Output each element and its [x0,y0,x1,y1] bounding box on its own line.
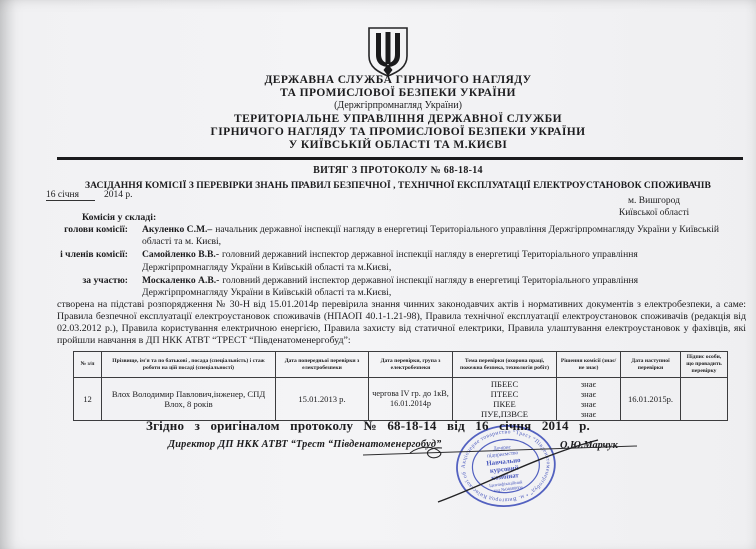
cell-name: Влох Володимир Павлович,інженер, СПД Вло… [102,378,276,421]
topic-line: ПБЕЕС [455,379,554,389]
decision-line: знає [559,379,618,389]
col-header-name: Прізвище, ім'я та по батькові , посада (… [102,352,276,378]
org-name-line2: ТА ПРОМИСЛОВОЇ БЕЗПЕКИ УКРАЇНИ [40,87,756,99]
member-name: Самойленко В.В.- [142,249,219,260]
col-header-signature: Підпис особи, що провадить перевірку [681,352,728,378]
place-region: Київської області [604,208,704,220]
header-divider [57,157,743,160]
commission-member-participant: за участю: Москаленко А.В.-головний держ… [57,275,719,299]
director-signature [340,425,660,515]
territorial-office-line1: ТЕРИТОРІАЛЬНЕ УПРАВЛІННЯ ДЕРЖАВНОЇ СЛУЖБ… [40,113,756,125]
topic-line: ПТЕЕС [455,389,554,399]
member-text: Самойленко В.В.-головний державний інспе… [142,249,719,273]
cell-topics: ПБЕЕС ПТЕЕС ПКЕЕ ПУЕ,ПЗВСЕ [453,378,557,421]
date-year: 2014 р. [104,190,133,200]
commission-intro: Комісія у складі: [82,212,156,223]
cell-decisions: знає знає знає знає [557,378,621,421]
member-role: за участю: [57,275,128,299]
col-header-topic: Тема перевірки (охорона праці, пожежна б… [453,352,557,378]
commission-list: голови комісії: Акуленко С.М.–начальник … [57,224,719,300]
member-text: Москаленко А.В.-головний державний інспе… [142,275,719,299]
col-header-num: № з/п [74,352,102,378]
body-paragraph: створена на підставі розпорядження № 30-… [57,299,746,347]
ukraine-trident-icon [366,26,410,78]
commission-member-chair: голови комісії: Акуленко С.М.–начальник … [57,224,719,248]
territorial-office-line3: У КИЇВСЬКІЙ ОБЛАСТІ ТА М.КИЄВІ [40,139,756,151]
commission-member-inspector: і членів комісії: Самойленко В.В.-головн… [57,249,719,273]
member-text: Акуленко С.М.–начальник державної інспек… [142,224,719,248]
col-header-previous-check: Дата попередньої перевірки з електробезп… [276,352,369,378]
protocol-date: 16 січня2014 р. [46,190,132,201]
topic-line: ПКЕЕ [455,399,554,409]
cell-next-check: 16.01.2015р. [621,378,681,421]
cell-num: 12 [74,378,102,421]
territorial-office-line2: ГІРНИЧОГО НАГЛЯДУ ТА ПРОМИСЛОВОЇ БЕЗПЕКИ… [40,126,756,138]
org-name-line1: ДЕРЖАВНА СЛУЖБА ГІРНИЧОГО НАГЛЯДУ [40,74,756,86]
col-header-decision: Рішення комісії (знає/ не знає) [557,352,621,378]
col-header-check-group: Дата перевірки, група з електробезпеки [369,352,453,378]
table-header-row: № з/п Прізвище, ім'я та по батькові , по… [74,352,728,378]
cell-check-group: чергова IV гр. до 1кВ, 16.01.2014р [369,378,453,421]
member-role: і членів комісії: [57,249,128,273]
decision-line: знає [559,399,618,409]
protocol-title: ВИТЯГ З ПРОТОКОЛУ № 68-18-14 [40,165,756,176]
scanned-protocol-document: ДЕРЖАВНА СЛУЖБА ГІРНИЧОГО НАГЛЯДУ ТА ПРО… [0,0,756,549]
member-name: Акуленко С.М.– [142,224,212,235]
col-header-next-check: Дата наступної перевірки [621,352,681,378]
protocol-subtitle: ЗАСІДАННЯ КОМІСІЇ З ПЕРЕВІРКИ ЗНАНЬ ПРАВ… [40,180,756,191]
cell-inspector-signature [681,378,728,421]
protocol-place: м. Вишгород Київської області [604,196,704,220]
cell-previous-check: 15.01.2013 р. [276,378,369,421]
table-row: 12 Влох Володимир Павлович,інженер, СПД … [74,378,728,421]
date-day-month: 16 січня [46,190,95,201]
place-city: м. Вишгород [604,196,704,208]
org-short-name: (Держгірпромнагляд України) [40,100,756,111]
member-role: голови комісії: [57,224,128,248]
member-description: начальник державної інспекції нагляду в … [142,224,719,247]
knowledge-check-results-table: № з/п Прізвище, ім'я та по батькові , по… [73,351,728,421]
member-name: Москаленко А.В.- [142,275,219,286]
decision-line: знає [559,389,618,399]
